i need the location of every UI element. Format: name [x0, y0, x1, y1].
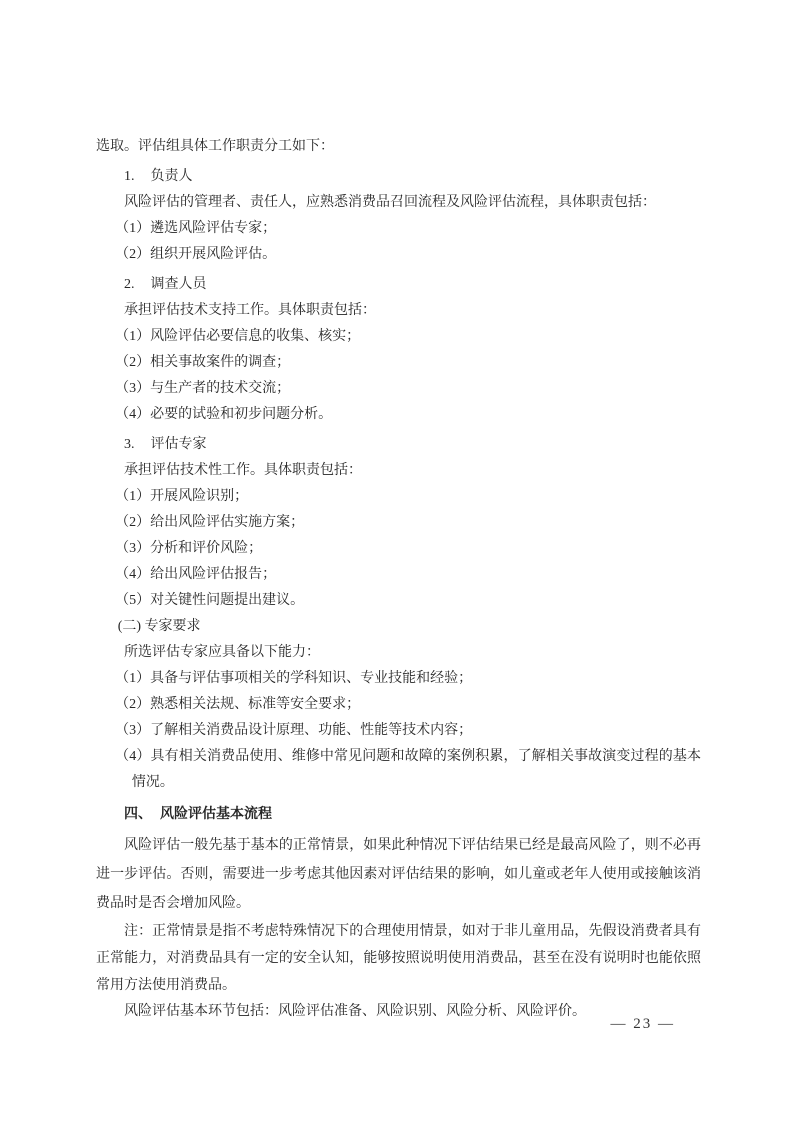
list-item: （4）必要的试验和初步问题分析。 — [96, 402, 701, 428]
role-2-number: 2. — [124, 277, 135, 292]
paragraph-continuation: 选取。评估组具体工作职责分工如下： — [96, 134, 701, 160]
list-item: （3）与生产者的技术交流； — [96, 376, 701, 402]
section-4-note: 注：正常情景是指不考虑特殊情况下的合理使用情景，如对于非儿童用品，先假设消费者具… — [96, 918, 701, 999]
role-2-desc: 承担评估技术支持工作。具体职责包括： — [96, 298, 701, 324]
expert-requirements-lead: 所选评估专家应具备以下能力： — [96, 640, 701, 666]
role-2-heading: 2.调查人员 — [96, 272, 701, 298]
list-item: （3）分析和评价风险； — [96, 536, 701, 562]
list-item: （2）相关事故案件的调查； — [96, 350, 701, 376]
list-item: （3）了解相关消费品设计原理、功能、性能等技术内容； — [96, 718, 701, 744]
list-item: （5）对关键性问题提出建议。 — [96, 588, 701, 614]
list-item: （4）具有相关消费品使用、维修中常见问题和故障的案例积累，了解相关事故演变过程的… — [96, 744, 701, 796]
list-item: （1）具备与评估事项相关的学科知识、专业技能和经验； — [96, 666, 701, 692]
section-4-paragraph-1: 风险评估一般先基于基本的正常情景，如果此种情况下评估结果已经是最高风险了，则不必… — [96, 831, 701, 918]
role-1-title: 负责人 — [151, 169, 193, 184]
role-3-number: 3. — [124, 437, 135, 452]
role-3-heading: 3.评估专家 — [96, 432, 701, 458]
page-content: 选取。评估组具体工作职责分工如下： 1.负责人 风险评估的管理者、责任人，应熟悉… — [0, 0, 793, 1025]
expert-requirements-heading: (二) 专家要求 — [96, 614, 701, 640]
section-4-number: 四、 — [124, 807, 152, 822]
list-item: （1）开展风险识别； — [96, 484, 701, 510]
list-item: （2）给出风险评估实施方案； — [96, 510, 701, 536]
role-1-heading: 1.负责人 — [96, 164, 701, 190]
role-1-number: 1. — [124, 169, 135, 184]
list-item: （1）风险评估必要信息的收集、核实； — [96, 324, 701, 350]
section-4-title: 风险评估基本流程 — [160, 807, 272, 822]
list-item: （1）遴选风险评估专家； — [96, 216, 701, 242]
list-item: （4）给出风险评估报告； — [96, 562, 701, 588]
role-3-desc: 承担评估技术性工作。具体职责包括： — [96, 458, 701, 484]
list-item: （2）熟悉相关法规、标准等安全要求； — [96, 692, 701, 718]
list-item: （2）组织开展风险评估。 — [96, 242, 701, 268]
role-2-title: 调查人员 — [151, 277, 207, 292]
role-3-title: 评估专家 — [151, 437, 207, 452]
section-4-heading: 四、风险评估基本流程 — [96, 802, 701, 828]
document-page: 选取。评估组具体工作职责分工如下： 1.负责人 风险评估的管理者、责任人，应熟悉… — [0, 0, 793, 1122]
page-number: — 23 — — [611, 1016, 676, 1033]
role-1-desc: 风险评估的管理者、责任人，应熟悉消费品召回流程及风险评估流程，具体职责包括： — [96, 190, 701, 216]
